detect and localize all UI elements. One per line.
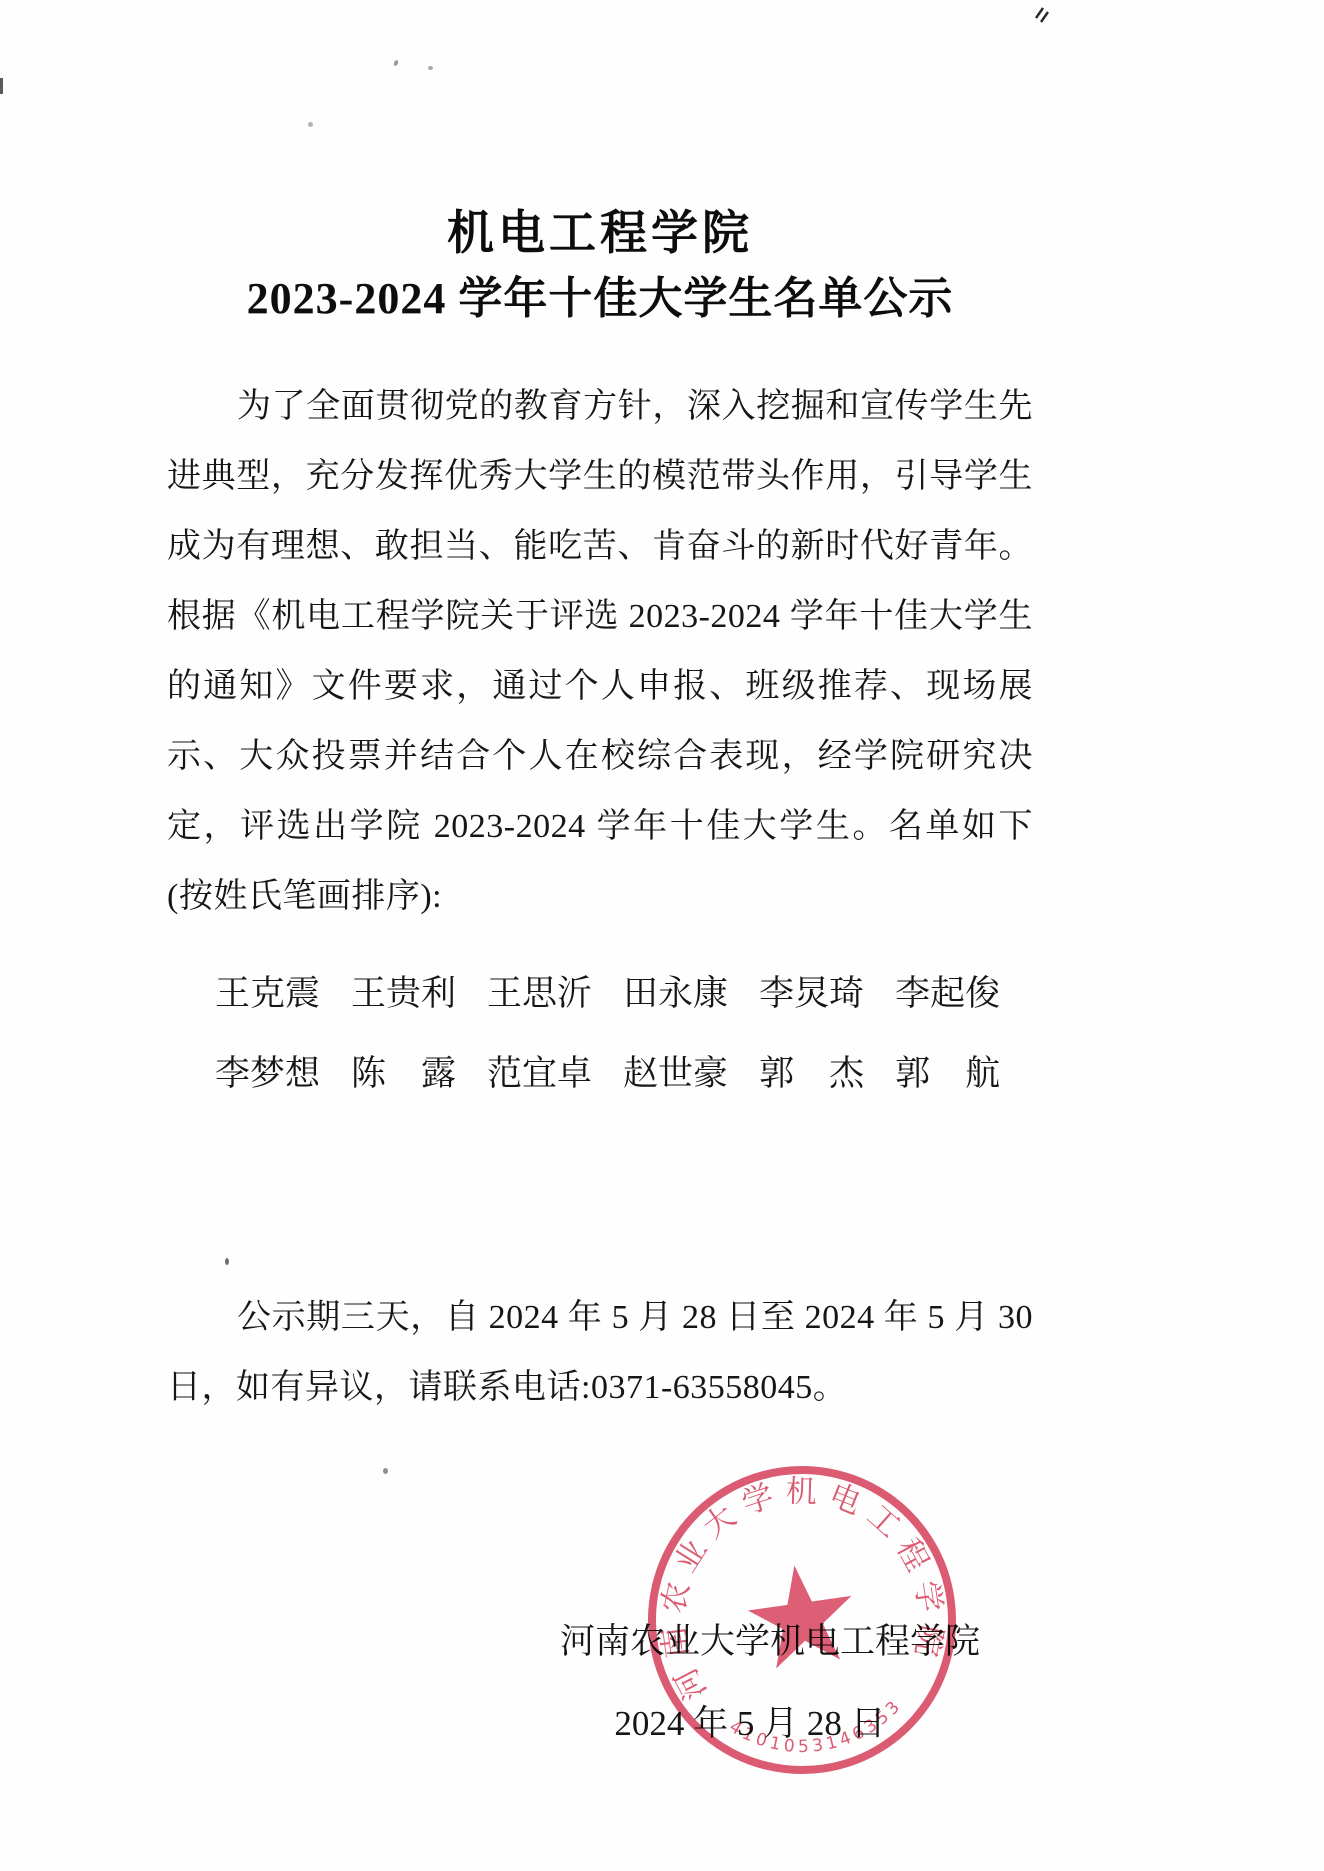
notice-period-paragraph: 公示期三天，自 2024 年 5 月 28 日至 2024 年 5 月 30 日… <box>167 1283 1033 1423</box>
notice-title-college: 机电工程学院 <box>165 196 1035 263</box>
scanned-notice-page: 机电工程学院 2023-2024 学年十佳大学生名单公示 为了全面贯彻党的教育方… <box>0 0 1324 1871</box>
honoree-name: 郭 杰 <box>759 1046 864 1096</box>
seal-star-icon <box>743 1558 860 1671</box>
honoree-name: 郭 航 <box>895 1046 1000 1096</box>
scan-speck <box>308 122 313 127</box>
notice-title-subject: 2023-2024 学年十佳大学生名单公示 <box>165 262 1035 326</box>
honoree-name: 李起俊 <box>895 966 1000 1016</box>
honoree-name: 王克震 <box>215 966 320 1016</box>
scan-edge-mark <box>0 78 3 94</box>
scan-speck <box>383 1468 388 1474</box>
scan-speck <box>393 59 399 66</box>
honoree-name: 王贵利 <box>351 966 456 1016</box>
honorees-row-1: 王克震 王贵利 王思沂 田永康 李炅琦 李起俊 <box>215 966 1045 1016</box>
honorees-row-2: 李梦想 陈 露 范宜卓 赵世豪 郭 杰 郭 航 <box>215 1046 1045 1096</box>
honoree-name: 李炅琦 <box>759 966 864 1016</box>
pen-mark-artifact <box>1028 2 1054 28</box>
honoree-name: 赵世豪 <box>623 1046 728 1096</box>
scan-speck <box>225 1258 229 1265</box>
honoree-name: 陈 露 <box>351 1046 456 1096</box>
honoree-name: 范宜卓 <box>487 1046 592 1096</box>
official-red-seal: 河南农业大学机电工程学院 4101053146353 <box>610 1428 994 1812</box>
honoree-name: 王思沂 <box>487 966 592 1016</box>
seal-serial-number: 4101053146353 <box>724 1693 912 1768</box>
honoree-name: 田永康 <box>623 966 728 1016</box>
intro-paragraph: 为了全面贯彻党的教育方针，深入挖掘和宣传学生先进典型，充分发挥优秀大学生的模范带… <box>167 372 1033 932</box>
honoree-name: 李梦想 <box>215 1046 320 1096</box>
scan-speck <box>428 66 433 70</box>
